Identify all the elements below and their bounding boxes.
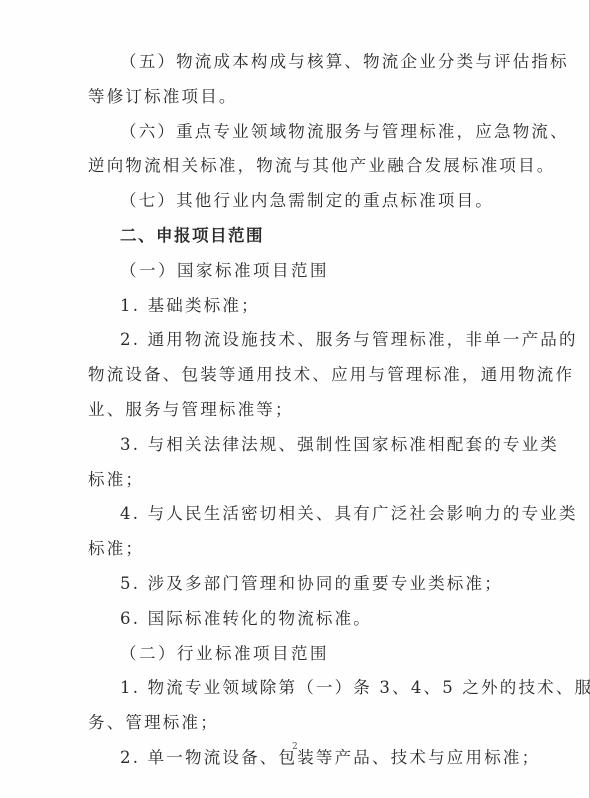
paragraph-line: （五）物流成本构成与核算、物流企业分类与评估指标: [120, 52, 569, 72]
paragraph-line: 5. 涉及多部门管理和协同的重要专业类标准；: [120, 574, 503, 594]
paragraph-line: （七）其他行业内急需制定的重点标准项目。: [120, 191, 494, 211]
document-page: （五）物流成本构成与核算、物流企业分类与评估指标等修订标准项目。（六）重点专业领…: [0, 0, 590, 798]
paragraph-line: 2. 通用物流设施技术、服务与管理标准，非单一产品的: [120, 330, 578, 350]
paragraph-line: 物流设备、包装等通用技术、应用与管理标准，通用物流作: [88, 365, 574, 385]
paragraph-line: 等修订标准项目。: [88, 87, 238, 107]
paragraph-line: 标准；: [88, 539, 144, 559]
paragraph-line: 1. 基础类标准；: [120, 296, 260, 316]
page-number: 2: [292, 742, 298, 752]
paragraph-line: 务、管理标准；: [88, 713, 219, 733]
section-heading: 二、申报项目范围: [120, 226, 264, 246]
paragraph-line: 2. 单一物流设备、包装等产品、技术与应用标准；: [120, 748, 540, 768]
paragraph-line: 3. 与相关法律法规、强制性国家标准相配套的专业类: [120, 435, 559, 455]
paragraph-line: （六）重点专业领域物流服务与管理标准，应急物流、: [120, 122, 569, 142]
paragraph-line: 标准；: [88, 470, 144, 490]
subsection-heading: （一）国家标准项目范围: [120, 261, 329, 281]
paragraph-line: 1. 物流专业领域除第（一）条 3、4、5 之外的技术、服: [120, 678, 590, 698]
paragraph-line: 逆向物流相关标准，物流与其他产业融合发展标准项目。: [88, 156, 556, 176]
paragraph-line: 6. 国际标准转化的物流标准。: [120, 609, 372, 629]
subsection-heading: （二）行业标准项目范围: [120, 644, 329, 664]
paragraph-line: 4. 与人民生活密切相关、具有广泛社会影响力的专业类: [120, 504, 578, 524]
paragraph-line: 业、服务与管理标准等；: [88, 400, 294, 420]
